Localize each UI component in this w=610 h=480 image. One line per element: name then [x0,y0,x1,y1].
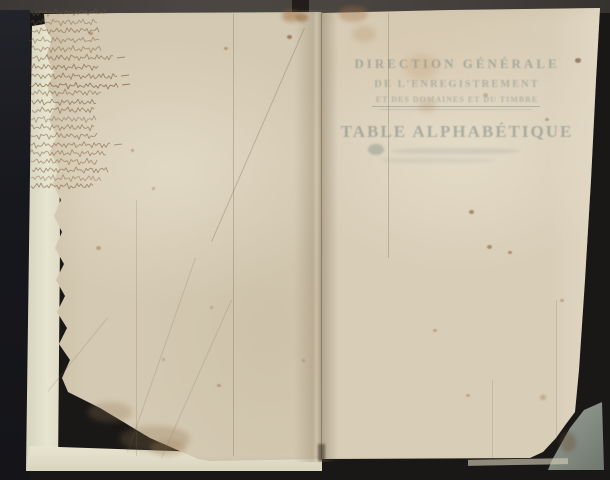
scanned-book-spread: DIRECTION GÉNÉRALE DE L'ENREGISTREMENT E… [0,0,610,480]
gutter-fold-line [321,12,322,460]
gutter-bottom-gap [318,444,325,461]
ghost-rule [372,106,540,107]
ghost-rule [380,109,532,110]
scanner-background-left [0,10,30,480]
